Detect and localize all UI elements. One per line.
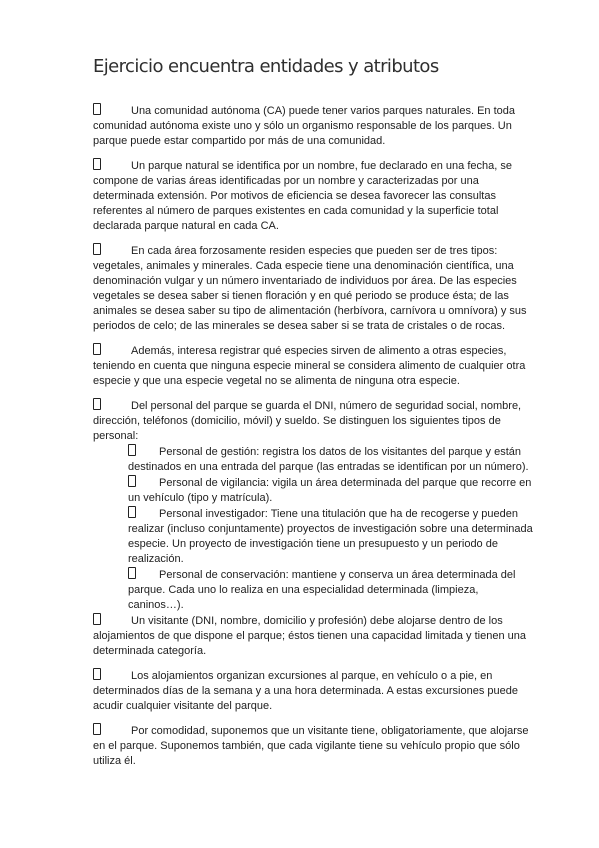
tab-spacer <box>136 454 159 455</box>
paragraph-text: Por comodidad, suponemos que un visitant… <box>93 725 528 767</box>
missing-glyph-bullet-icon <box>93 723 101 735</box>
missing-glyph-bullet-icon <box>93 103 101 115</box>
sub-bullet-paragraph: Personal de gestión: registra los datos … <box>128 444 533 475</box>
bullet-paragraph: Además, interesa registrar qué especies … <box>93 343 533 389</box>
tab-spacer <box>136 516 159 517</box>
tab-spacer <box>101 623 131 624</box>
page-title: Ejercicio encuentra entidades y atributo… <box>93 56 533 77</box>
document-page: Ejercicio encuentra entidades y atributo… <box>0 0 599 848</box>
bullet-paragraph: Por comodidad, suponemos que un visitant… <box>93 723 533 769</box>
tab-spacer <box>136 485 159 486</box>
paragraph-text: Del personal del parque se guarda el DNI… <box>93 400 521 442</box>
paragraph-text: Un parque natural se identifica por un n… <box>93 160 512 232</box>
missing-glyph-bullet-icon <box>93 668 101 680</box>
paragraph-text: Personal de conservación: mantiene y con… <box>128 569 516 611</box>
tab-spacer <box>136 577 159 578</box>
paragraph-text: Los alojamientos organizan excursiones a… <box>93 670 518 712</box>
sub-bullet-paragraph: Personal de conservación: mantiene y con… <box>128 567 533 613</box>
tab-spacer <box>101 253 131 254</box>
tab-spacer <box>101 733 131 734</box>
bullet-paragraph: Una comunidad autónoma (CA) puede tener … <box>93 103 533 149</box>
missing-glyph-bullet-icon <box>128 506 136 518</box>
tab-spacer <box>101 678 131 679</box>
bullet-paragraph: Los alojamientos organizan excursiones a… <box>93 668 533 714</box>
missing-glyph-bullet-icon <box>93 613 101 625</box>
tab-spacer <box>101 168 131 169</box>
tab-spacer <box>101 113 131 114</box>
paragraph-text: En cada área forzosamente residen especi… <box>93 245 527 332</box>
missing-glyph-bullet-icon <box>93 243 101 255</box>
missing-glyph-bullet-icon <box>128 444 136 456</box>
missing-glyph-bullet-icon <box>93 158 101 170</box>
bullet-paragraph: Del personal del parque se guarda el DNI… <box>93 398 533 444</box>
document-body: Una comunidad autónoma (CA) puede tener … <box>93 103 533 769</box>
sub-bullet-paragraph: Personal investigador: Tiene una titulac… <box>128 506 533 567</box>
missing-glyph-bullet-icon <box>93 398 101 410</box>
missing-glyph-bullet-icon <box>128 567 136 579</box>
paragraph-text: Además, interesa registrar qué especies … <box>93 345 525 387</box>
paragraph-text: Personal de gestión: registra los datos … <box>128 446 529 473</box>
sub-bullet-paragraph: Personal de vigilancia: vigila un área d… <box>128 475 533 506</box>
missing-glyph-bullet-icon <box>93 343 101 355</box>
paragraph-text: Una comunidad autónoma (CA) puede tener … <box>93 105 515 147</box>
tab-spacer <box>101 353 131 354</box>
bullet-paragraph: Un parque natural se identifica por un n… <box>93 158 533 234</box>
tab-spacer <box>101 408 131 409</box>
missing-glyph-bullet-icon <box>128 475 136 487</box>
bullet-paragraph: En cada área forzosamente residen especi… <box>93 243 533 334</box>
paragraph-text: Personal de vigilancia: vigila un área d… <box>128 477 531 504</box>
paragraph-text: Un visitante (DNI, nombre, domicilio y p… <box>93 615 526 657</box>
bullet-paragraph: Un visitante (DNI, nombre, domicilio y p… <box>93 613 533 659</box>
paragraph-text: Personal investigador: Tiene una titulac… <box>128 508 533 565</box>
